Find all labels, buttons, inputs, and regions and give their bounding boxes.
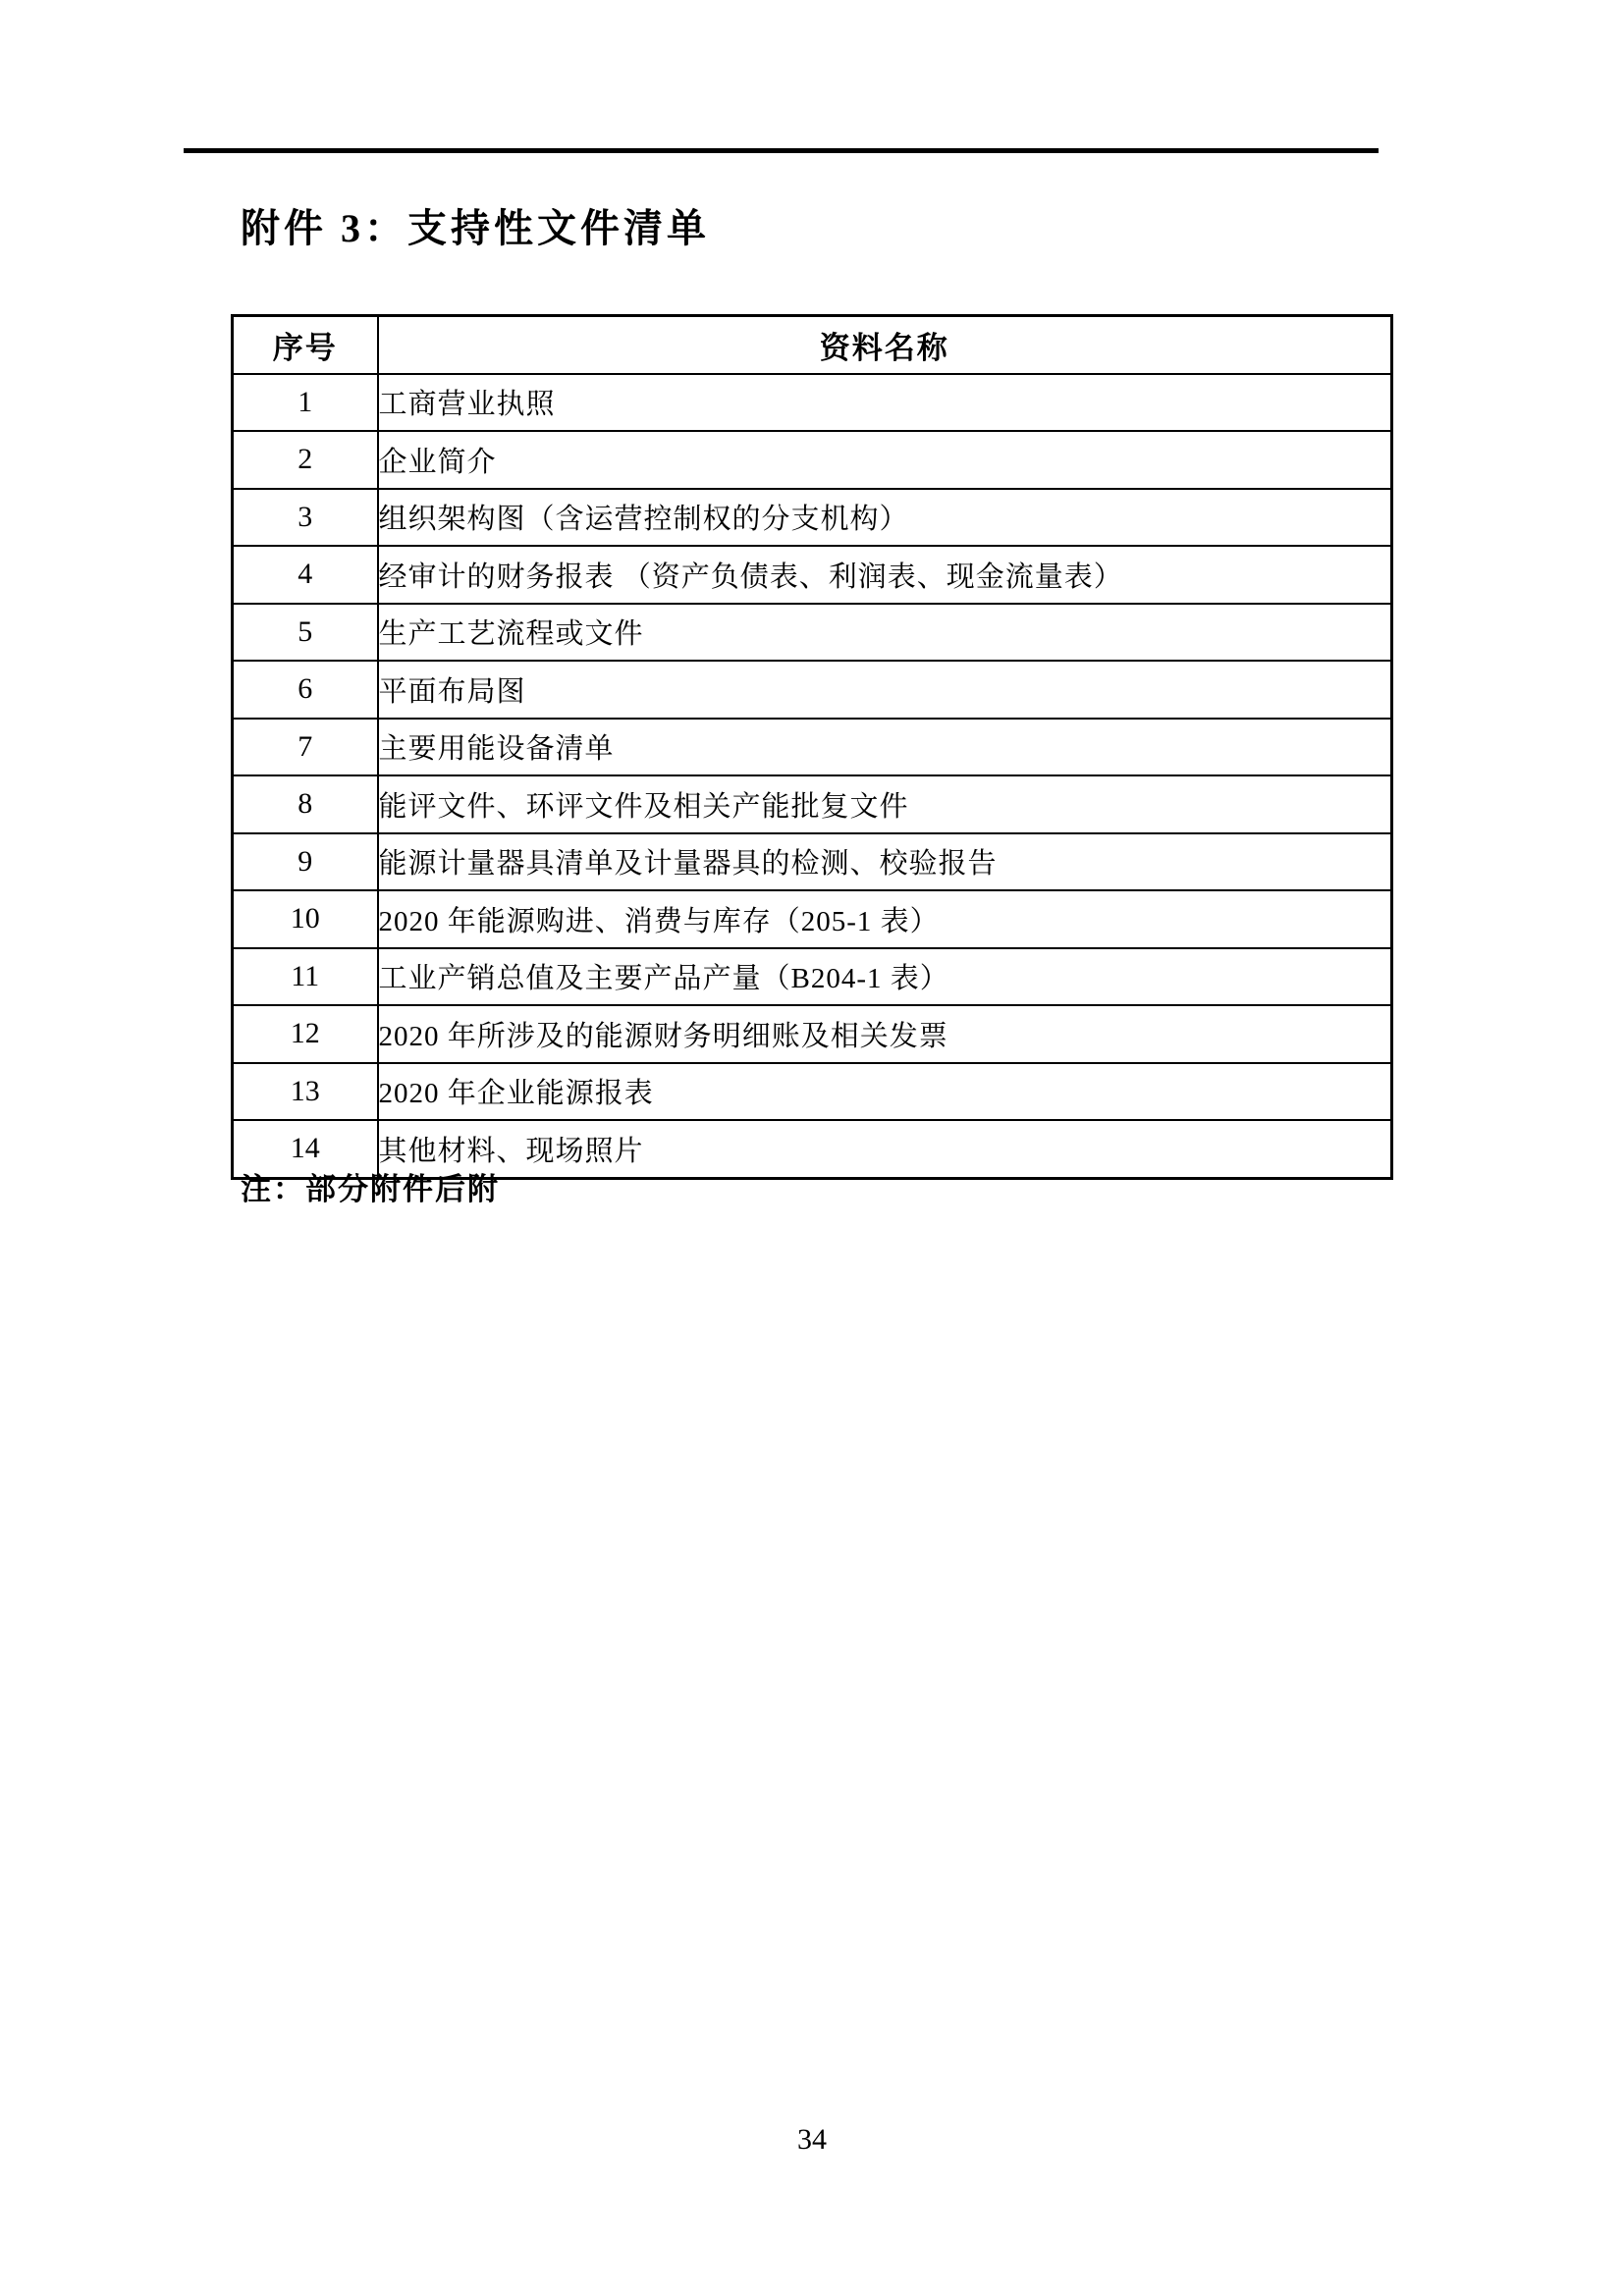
- row-document-name-cell: 生产工艺流程或文件: [378, 604, 1392, 662]
- row-serial-number-cell: 7: [233, 719, 378, 776]
- page-number: 34: [0, 2123, 1624, 2157]
- row-document-name-cell: 工商营业执照: [378, 374, 1392, 432]
- row-serial-number-cell: 10: [233, 890, 378, 948]
- footnote: 注：部分附件后附: [241, 1164, 500, 1208]
- row-document-name-cell: 平面布局图: [378, 661, 1392, 719]
- row-serial-number-cell: 3: [233, 489, 378, 547]
- table-row: 132020 年企业能源报表: [233, 1063, 1392, 1121]
- table-row: 7主要用能设备清单: [233, 719, 1392, 776]
- row-serial-number-cell: 5: [233, 604, 378, 662]
- row-document-name-cell: 2020 年能源购进、消费与库存（205-1 表）: [378, 890, 1392, 948]
- table-row: 8能评文件、环评文件及相关产能批复文件: [233, 775, 1392, 833]
- row-document-name-cell: 工业产销总值及主要产品产量（B204-1 表）: [378, 948, 1392, 1006]
- row-serial-number-cell: 2: [233, 431, 378, 489]
- table-row: 102020 年能源购进、消费与库存（205-1 表）: [233, 890, 1392, 948]
- column-header-document-name: 资料名称: [378, 316, 1392, 374]
- table-header-row: 序号 资料名称: [233, 316, 1392, 374]
- row-serial-number-cell: 8: [233, 775, 378, 833]
- row-serial-number-cell: 4: [233, 546, 378, 604]
- row-document-name-cell: 组织架构图（含运营控制权的分支机构）: [378, 489, 1392, 547]
- document-page: 附件 3：支持性文件清单 序号 资料名称 1工商营业执照2企业简介3组织架构图（…: [0, 0, 1624, 2296]
- row-serial-number-cell: 9: [233, 833, 378, 891]
- table-row: 3组织架构图（含运营控制权的分支机构）: [233, 489, 1392, 547]
- row-document-name-cell: 其他材料、现场照片: [378, 1120, 1392, 1178]
- row-document-name-cell: 能源计量器具清单及计量器具的检测、校验报告: [378, 833, 1392, 891]
- table-row: 4经审计的财务报表 （资产负债表、利润表、现金流量表）: [233, 546, 1392, 604]
- row-serial-number-cell: 1: [233, 374, 378, 432]
- table-row: 6平面布局图: [233, 661, 1392, 719]
- table-row: 122020 年所涉及的能源财务明细账及相关发票: [233, 1005, 1392, 1063]
- row-document-name-cell: 主要用能设备清单: [378, 719, 1392, 776]
- row-serial-number-cell: 13: [233, 1063, 378, 1121]
- row-document-name-cell: 企业简介: [378, 431, 1392, 489]
- row-serial-number-cell: 11: [233, 948, 378, 1006]
- row-document-name-cell: 经审计的财务报表 （资产负债表、利润表、现金流量表）: [378, 546, 1392, 604]
- table-row: 9能源计量器具清单及计量器具的检测、校验报告: [233, 833, 1392, 891]
- column-header-serial-number: 序号: [233, 316, 378, 374]
- row-document-name-cell: 2020 年所涉及的能源财务明细账及相关发票: [378, 1005, 1392, 1063]
- row-document-name-cell: 2020 年企业能源报表: [378, 1063, 1392, 1121]
- table-row: 1工商营业执照: [233, 374, 1392, 432]
- row-serial-number-cell: 6: [233, 661, 378, 719]
- page-title: 附件 3：支持性文件清单: [241, 206, 710, 251]
- table-row: 11工业产销总值及主要产品产量（B204-1 表）: [233, 948, 1392, 1006]
- table-row: 5生产工艺流程或文件: [233, 604, 1392, 662]
- table-row: 2企业简介: [233, 431, 1392, 489]
- row-serial-number-cell: 12: [233, 1005, 378, 1063]
- row-document-name-cell: 能评文件、环评文件及相关产能批复文件: [378, 775, 1392, 833]
- supporting-documents-table: 序号 资料名称 1工商营业执照2企业简介3组织架构图（含运营控制权的分支机构）4…: [231, 314, 1393, 1180]
- header-rule: [184, 148, 1379, 153]
